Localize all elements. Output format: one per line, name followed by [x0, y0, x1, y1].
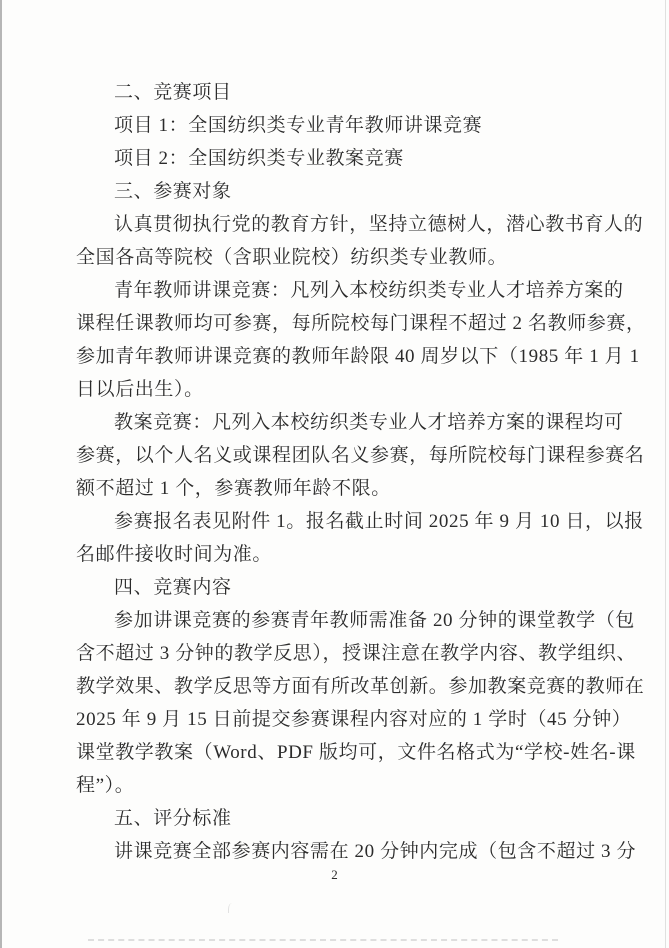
scan-artifact-bottom-line — [88, 939, 558, 941]
scan-edge-right — [665, 0, 666, 948]
text-line: 参加青年教师讲课竞赛的教师年龄限 40 周岁以下（1985 年 1 月 1 — [76, 340, 596, 373]
text-line: 五、评分标准 — [76, 802, 596, 835]
text-line: 2025 年 9 月 15 日前提交参赛课程内容对应的 1 学时（45 分钟） — [76, 703, 596, 736]
text-line: 程”）。 — [76, 769, 596, 802]
text-line: 青年教师讲课竞赛：凡列入本校纺织类专业人才培养方案的 — [76, 274, 596, 307]
text-line: 参加讲课竞赛的参赛青年教师需准备 20 分钟的课堂教学（包 — [76, 604, 596, 637]
text-line: 讲课竞赛全部参赛内容需在 20 分钟内完成（包含不超过 3 分 — [76, 835, 596, 868]
text-line: 课堂教学教案（Word、PDF 版均可，文件名格式为“学校-姓名-课 — [76, 736, 596, 769]
scan-edge-left — [0, 0, 2, 948]
text-line: 教案竞赛：凡列入本校纺织类专业人才培养方案的课程均可 — [76, 406, 596, 439]
text-line: 含不超过 3 分钟的教学反思），授课注意在教学内容、教学组织、 — [76, 637, 596, 670]
text-line: 四、竞赛内容 — [76, 571, 596, 604]
text-line: 认真贯彻执行党的教育方针，坚持立德树人，潜心教书育人的 — [76, 208, 596, 241]
text-line: 额不超过 1 个，参赛教师年龄不限。 — [76, 472, 596, 505]
document-body: 二、竞赛项目项目 1：全国纺织类专业青年教师讲课竞赛项目 2：全国纺织类专业教案… — [76, 76, 596, 868]
text-line: 名邮件接收时间为准。 — [76, 538, 596, 571]
page-number: 2 — [76, 865, 593, 885]
text-line: 日以后出生）。 — [76, 373, 596, 406]
text-line: 三、参赛对象 — [76, 175, 596, 208]
text-line: 项目 1：全国纺织类专业青年教师讲课竞赛 — [76, 109, 596, 142]
text-line: 参赛报名表见附件 1。报名截止时间 2025 年 9 月 10 日，以报 — [76, 505, 596, 538]
text-line: 全国各高等院校（含职业院校）纺织类专业教师。 — [76, 241, 596, 274]
text-line: 教学效果、教学反思等方面有所改革创新。参加教案竞赛的教师在 — [76, 670, 596, 703]
text-line: 参赛，以个人名义或课程团队名义参赛，每所院校每门课程参赛名 — [76, 439, 596, 472]
text-line: 项目 2：全国纺织类专业教案竞赛 — [76, 142, 596, 175]
text-line: 课程任课教师均可参赛，每所院校每门课程不超过 2 名教师参赛， — [76, 307, 596, 340]
text-line: 二、竞赛项目 — [76, 76, 596, 109]
document-page: 二、竞赛项目项目 1：全国纺织类专业青年教师讲课竞赛项目 2：全国纺织类专业教案… — [0, 0, 669, 948]
scan-artifact-mark — [228, 903, 235, 913]
